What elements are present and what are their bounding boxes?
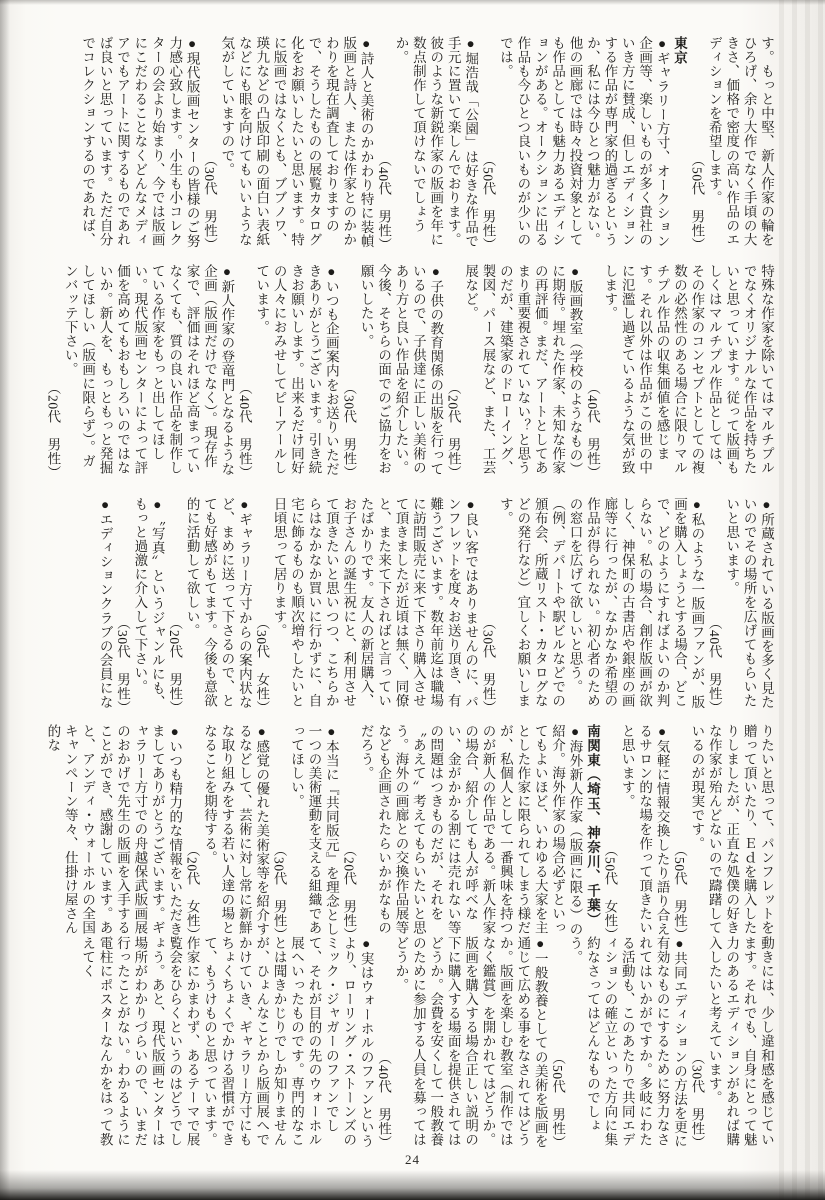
scanned-document-page: す。もっと中堅、新人作家の輪をひろげ、余り大作でなく手頃の大きさ、価格で密度の高… bbox=[0, 0, 825, 1200]
scan-edge-bottom bbox=[0, 1170, 825, 1200]
respondent-attribution: （20代 男性） bbox=[340, 724, 357, 942]
comment-paragraph: ●〝写真〟というジャンルにも、もっと過激に介入して下さい。 bbox=[131, 497, 166, 715]
respondent-attribution: （50代 男性） bbox=[479, 36, 496, 252]
comment-paragraph: ●堀浩哉「公園」は好きな作品で手元に置いて楽しんでおります。彼のような新鋭作家の… bbox=[392, 36, 479, 252]
comment-paragraph: ●いつも企画案内をお送りいただきありがとうございます。引き続きお願いします。出来… bbox=[253, 264, 340, 480]
comment-paragraph: ●新人作家の登竜門となるような企画（版画だけでなく）。現存作家で、評価はそれほど… bbox=[61, 264, 235, 480]
respondent-attribution: （20代 女性） bbox=[183, 724, 200, 942]
page-number: 24 bbox=[0, 1152, 825, 1168]
scan-edge-top bbox=[0, 0, 825, 5]
comment-paragraph: ●詩人と美術のかかわり特に装幀版画と詩人、または作家とのかかわりを現在調査してお… bbox=[218, 36, 375, 252]
text-band-1: す。もっと中堅、新人作家の輪をひろげ、余り大作でなく手頃の大きさ、価格で密度の高… bbox=[27, 36, 775, 252]
respondent-attribution: （50代 男性） bbox=[549, 936, 566, 1150]
comment-paragraph: りたいと思って、パンフレットを贈って頂いたり、Ｅｄを購入したりしましたが、正直な… bbox=[688, 724, 775, 942]
respondent-attribution: （30代 男性） bbox=[201, 36, 218, 252]
respondent-attribution: （50代 男性） bbox=[671, 724, 688, 942]
comment-paragraph: ●ギャラリー方寸、オークション企画等、楽しいものが多く貴社のいき方に賛成、但しエ… bbox=[497, 36, 671, 252]
respondent-attribution: （50代 男性） bbox=[688, 36, 705, 252]
comment-paragraph: ●実はウォーホルのファンというより、ローリング・ストーンズのミック・ジャガーのフ… bbox=[79, 936, 375, 1150]
comment-paragraph: ●感覚の優れた美術家等を紹介するなどして、芸術に対し常に新鮮な取り組みをする若い… bbox=[201, 724, 271, 942]
comment-paragraph: ●いつも精力的な情報をいただきましてありがとうございます。ギャラリー方寸での舟越… bbox=[44, 724, 183, 942]
section-header: 南関東（埼玉、神奈川、千葉） bbox=[584, 724, 601, 942]
text-band-4: りたいと思って、パンフレットを贈って頂いたり、Ｅｄを購入したりしましたが、正直な… bbox=[27, 724, 775, 942]
comment-paragraph: ●版画教室（学校のようなもの）に期待。埋れた作家、未知な作家の再評価。まだ、アー… bbox=[462, 264, 584, 480]
respondent-attribution: （20代 男性） bbox=[444, 264, 461, 480]
respondent-attribution: （20代 男性） bbox=[166, 497, 183, 715]
comment-paragraph: ●所蔵されている版画を多く見たいのでその場所を広げてもらいたいと思います。 bbox=[723, 497, 775, 715]
text-band-5: 動きには、少し違和感を感じています。それでも、自身にとって魅力のあるエディション… bbox=[27, 936, 775, 1150]
section-header: 東京 bbox=[671, 36, 688, 252]
text-band-3: ●所蔵されている版画を多く見たいのでその場所を広げてもらいたいと思います。（40… bbox=[27, 497, 775, 715]
comment-paragraph: ●ギャラリー方寸からの案内状など、まめに送って下さるので、とても好感がもてます。… bbox=[183, 497, 253, 715]
respondent-attribution: （40代 男性） bbox=[235, 264, 252, 480]
comment-paragraph: 動きには、少し違和感を感じています。それでも、自身にとって魅力のあるエディション… bbox=[705, 936, 775, 1150]
respondent-attribution: （40代 男性） bbox=[375, 936, 392, 1150]
respondent-attribution: （30代 男性） bbox=[340, 264, 357, 480]
respondent-attribution: （50代 女性） bbox=[601, 724, 618, 942]
comment-paragraph: ●一般教養としての美術を版画を通じて広める事をなされてはどうか。版画を楽しむ教室… bbox=[392, 936, 549, 1150]
respondent-attribution: （30代 男性） bbox=[114, 497, 131, 715]
comment-paragraph: 特殊な作家を除いてはマルチプルでなくオリジナルな作品を持ちたいと思っています。従… bbox=[601, 264, 775, 480]
comment-paragraph: す。もっと中堅、新人作家の輪をひろげ、余り大作でなく手頃の大きさ、価格で密度の高… bbox=[705, 36, 775, 252]
respondent-attribution: （30代 男性） bbox=[688, 936, 705, 1150]
respondent-attribution: （40代 男性） bbox=[705, 497, 722, 715]
comment-paragraph: ●私のような一版画ファンが、版画を購入しょうとする場合、どこで、どのようにすれば… bbox=[497, 497, 706, 715]
respondent-attribution: （30代 男性） bbox=[479, 497, 496, 715]
respondent-attribution: （40代 男性） bbox=[584, 264, 601, 480]
comment-paragraph: ●海外新人作家（版画に限る）の紹介。海外作家の場合必ずといってもよいほど、いわゆ… bbox=[357, 724, 583, 942]
respondent-attribution: （20代 男性） bbox=[44, 264, 61, 480]
text-band-2: 特殊な作家を除いてはマルチプルでなくオリジナルな作品を持ちたいと思っています。従… bbox=[27, 264, 775, 480]
respondent-attribution: （30代 男性） bbox=[270, 724, 287, 942]
page-gutter-shading bbox=[779, 0, 825, 1200]
comment-paragraph: ●子供の教育関係の出版を行っているので、子供達に正しい美術のあり方と良い作品を紹… bbox=[357, 264, 444, 480]
comment-paragraph: ●気軽に情報交換したり語り合えるサロン的な場を作って頂きたいと思います。 bbox=[618, 724, 670, 942]
respondent-attribution: （40代 男性） bbox=[375, 36, 392, 252]
comment-paragraph: ●エディションクラブの会員にな bbox=[96, 497, 113, 715]
comment-paragraph: ●良い客ではありませんのに、パンフレットを度々お送り頂き、有難うございます。数年… bbox=[270, 497, 479, 715]
comment-paragraph: ●現代版画センターの皆様のご努力感心致します。小生も小コレクターの会より始まり、… bbox=[79, 36, 201, 252]
scan-edge-left bbox=[0, 0, 10, 1200]
respondent-attribution: （30代 女性） bbox=[253, 497, 270, 715]
comment-paragraph: ●本当に『共同版元』を理念とし一つの美術運動を支える組織であってほしい。 bbox=[288, 724, 340, 942]
comment-paragraph: ●共同エディションの方法を更に有効なものにするために努力なされてはいかがですか。… bbox=[566, 936, 688, 1150]
